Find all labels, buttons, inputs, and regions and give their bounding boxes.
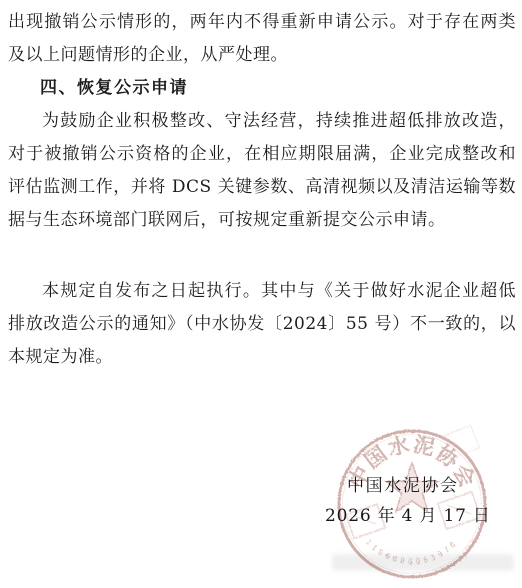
body-line: 及以上问题情形的企业，从严处理。 bbox=[8, 39, 516, 72]
body-line: 排放改造公示的通知》（中水协发〔2024〕55 号）不一致的，以 bbox=[8, 308, 516, 341]
body-line: 本规定自发布之日起执行。其中与《关于做好水泥企业超低 bbox=[8, 275, 516, 308]
seal-serial-number: 1100000063978 bbox=[364, 537, 460, 566]
body-line: 据与生态环境部门联网后，可按规定重新提交公示申请。 bbox=[8, 204, 516, 237]
body-line: 出现撤销公示情形的，两年内不得重新申请公示。对于存在两类 bbox=[8, 6, 516, 39]
body-line: 评估监测工作，并将 DCS 关键参数、高清视频以及清洁运输等数 bbox=[8, 171, 516, 204]
official-seal: 中国水泥协会 1100000063978 bbox=[330, 420, 500, 588]
body-line: 本规定为准。 bbox=[8, 341, 516, 374]
body-line: 为鼓励企业积极整改、守法经营，持续推进超低排放改造， bbox=[8, 105, 516, 138]
seal-star-icon bbox=[386, 463, 437, 512]
document-body: 出现撤销公示情形的，两年内不得重新申请公示。对于存在两类 及以上问题情形的企业，… bbox=[0, 0, 522, 374]
section-heading: 四、恢复公示申请 bbox=[40, 72, 516, 105]
body-line: 对于被撤销公示资格的企业，在相应期限届满，企业完成整改和 bbox=[8, 138, 516, 171]
document-page: 出现撤销公示情形的，两年内不得重新申请公示。对于存在两类 及以上问题情形的企业，… bbox=[0, 0, 522, 588]
